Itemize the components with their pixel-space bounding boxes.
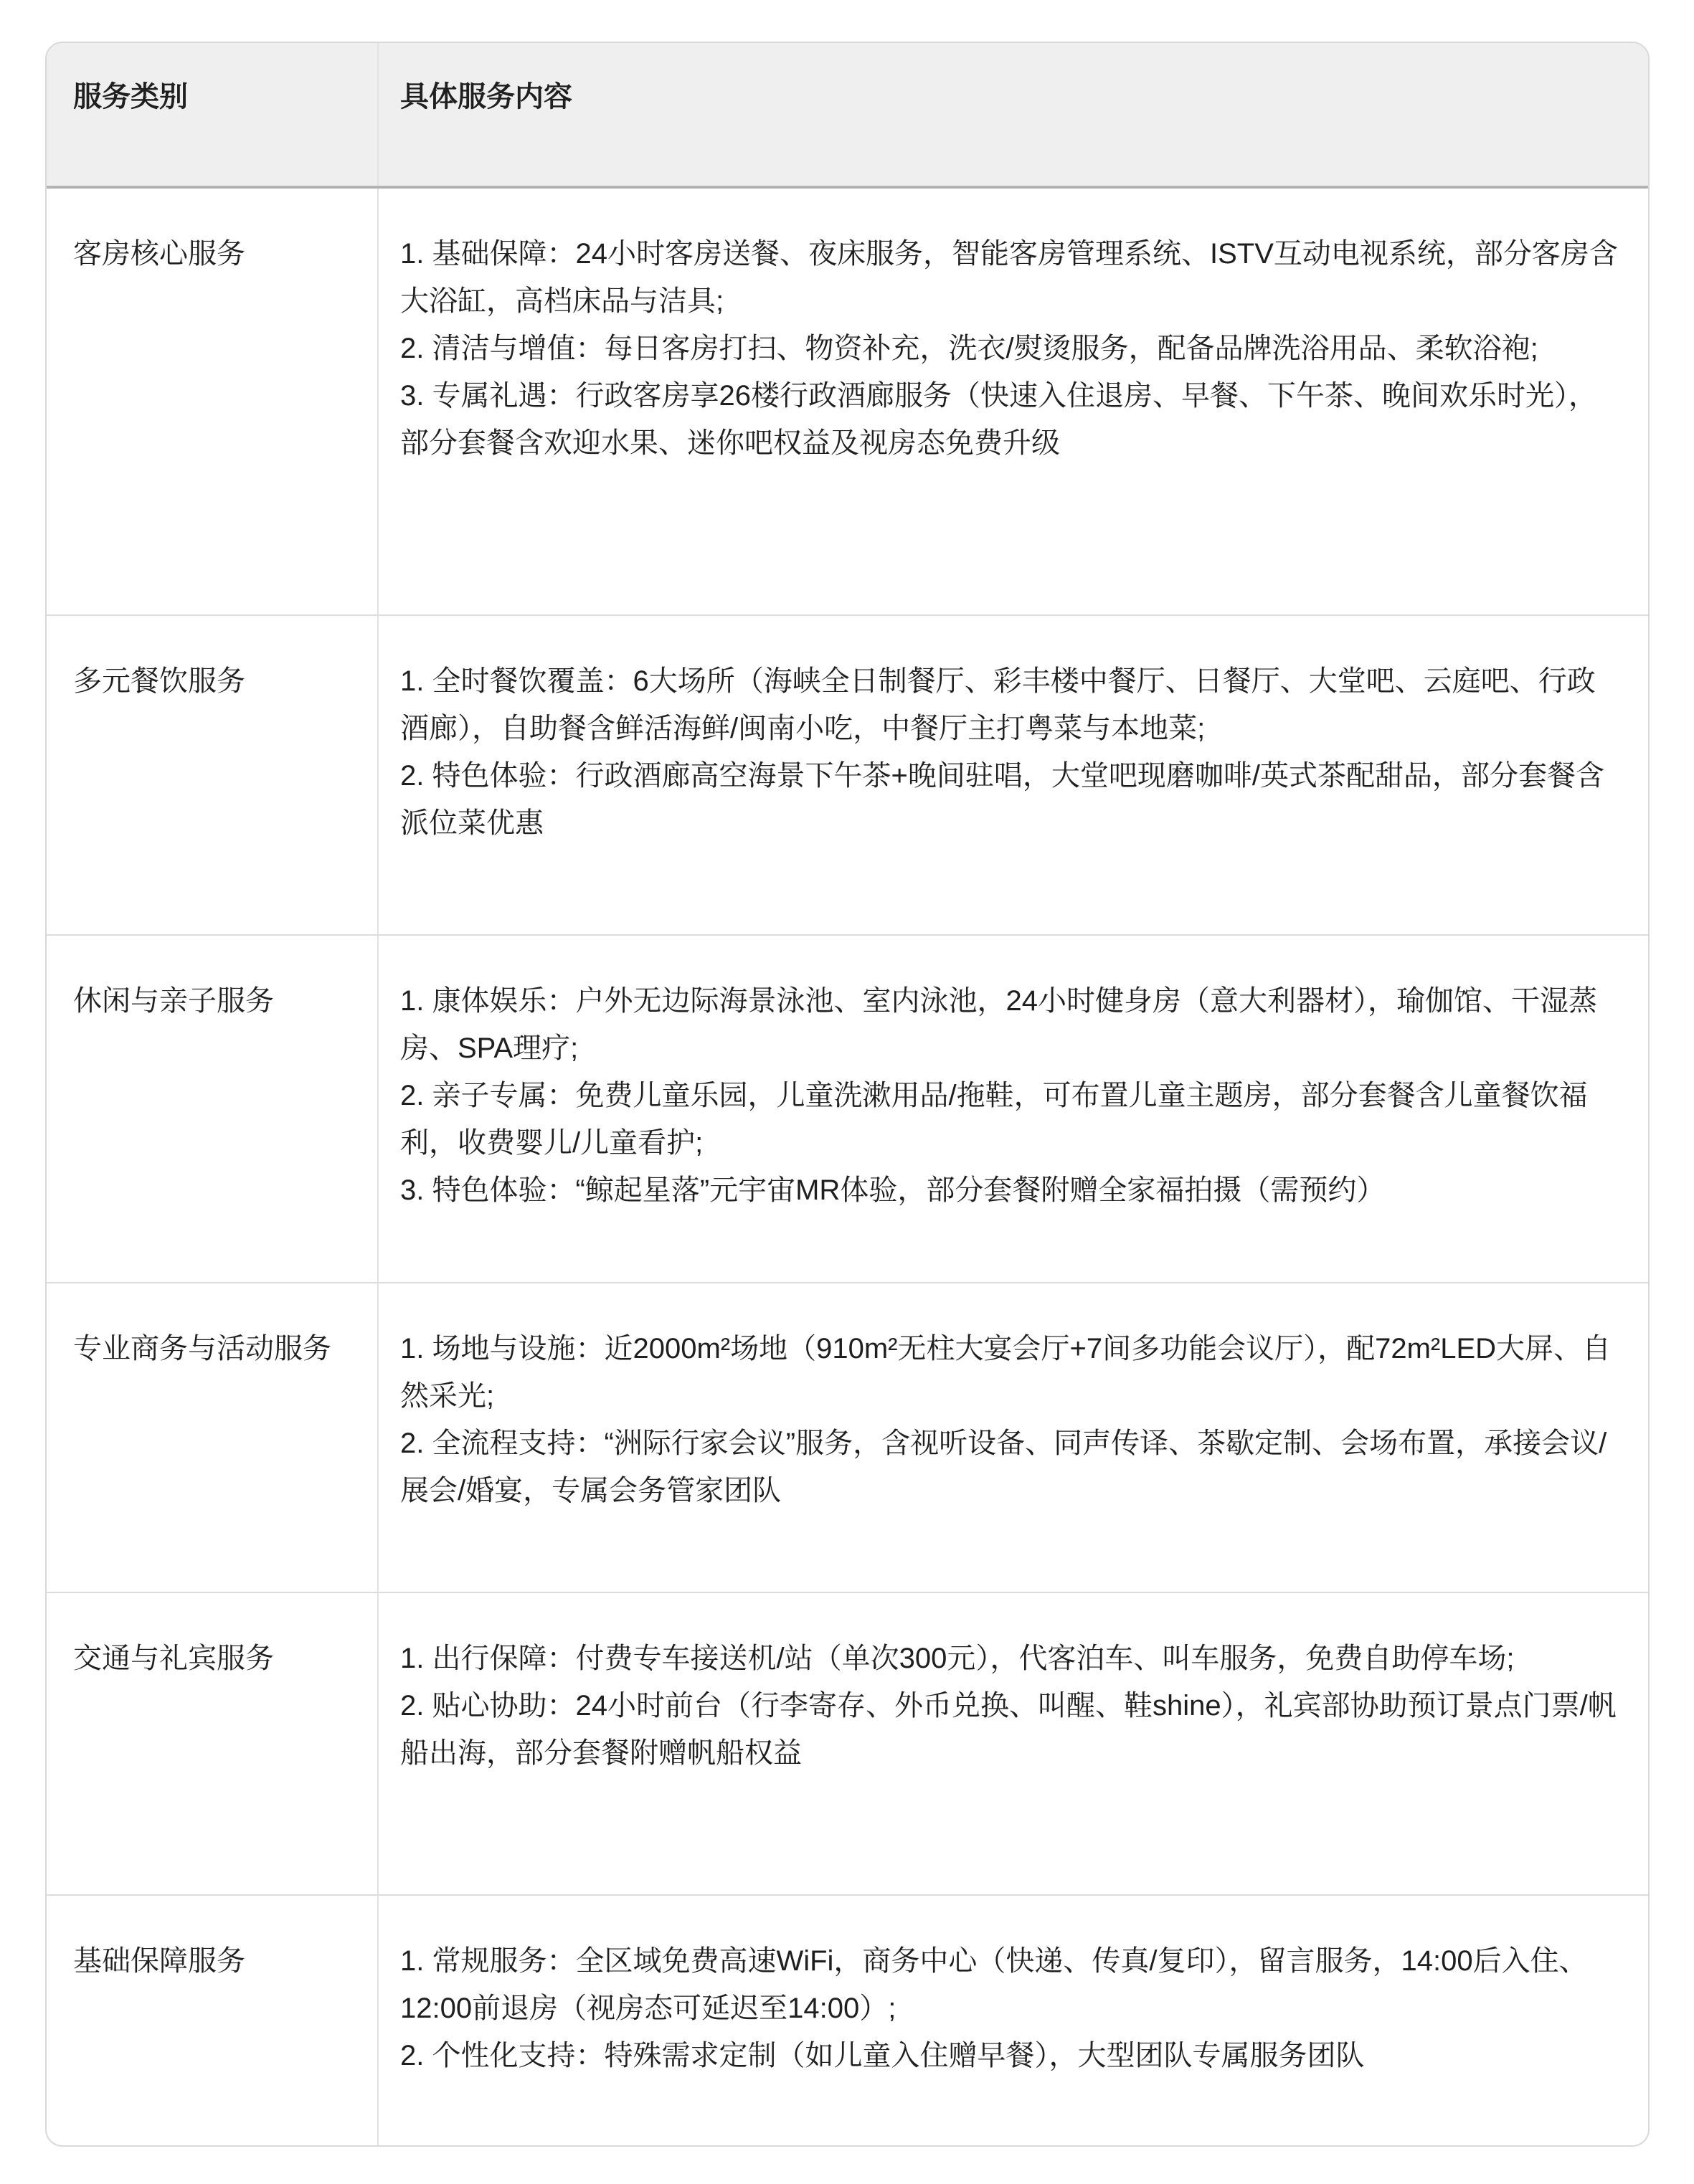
table-row: 基础保障服务 1. 常规服务：全区域免费高速WiFi，商务中心（快递、传真/复印… — [47, 1894, 1648, 2145]
content-cell: 1. 场地与设施：近2000m²场地（910m²无柱大宴会厅+7间多功能会议厅）… — [379, 1283, 1648, 1592]
table-row: 休闲与亲子服务 1. 康体娱乐：户外无边际海景泳池、室内泳池，24小时健身房（意… — [47, 934, 1648, 1282]
table-row: 客房核心服务 1. 基础保障：24小时客房送餐、夜床服务，智能客房管理系统、IS… — [47, 189, 1648, 614]
content-cell: 1. 全时餐饮覆盖：6大场所（海峡全日制餐厅、彩丰楼中餐厅、日餐厅、大堂吧、云庭… — [379, 616, 1648, 934]
services-table: 服务类别 具体服务内容 客房核心服务 1. 基础保障：24小时客房送餐、夜床服务… — [45, 42, 1650, 2147]
category-cell: 专业商务与活动服务 — [47, 1283, 379, 1592]
category-cell: 交通与礼宾服务 — [47, 1593, 379, 1894]
category-cell: 多元餐饮服务 — [47, 616, 379, 934]
content-cell: 1. 常规服务：全区域免费高速WiFi，商务中心（快递、传真/复印），留言服务，… — [379, 1896, 1648, 2145]
table-row: 交通与礼宾服务 1. 出行保障：付费专车接送机/站（单次300元），代客泊车、叫… — [47, 1592, 1648, 1894]
page: 服务类别 具体服务内容 客房核心服务 1. 基础保障：24小时客房送餐、夜床服务… — [0, 0, 1694, 2184]
category-cell: 客房核心服务 — [47, 189, 379, 614]
table-header-row: 服务类别 具体服务内容 — [47, 43, 1648, 189]
content-cell: 1. 基础保障：24小时客房送餐、夜床服务，智能客房管理系统、ISTV互动电视系… — [379, 189, 1648, 614]
content-cell: 1. 出行保障：付费专车接送机/站（单次300元），代客泊车、叫车服务，免费自助… — [379, 1593, 1648, 1894]
table-row: 多元餐饮服务 1. 全时餐饮覆盖：6大场所（海峡全日制餐厅、彩丰楼中餐厅、日餐厅… — [47, 614, 1648, 934]
column-header-category: 服务类别 — [47, 43, 379, 186]
category-cell: 基础保障服务 — [47, 1896, 379, 2145]
content-cell: 1. 康体娱乐：户外无边际海景泳池、室内泳池，24小时健身房（意大利器材），瑜伽… — [379, 936, 1648, 1282]
table-row: 专业商务与活动服务 1. 场地与设施：近2000m²场地（910m²无柱大宴会厅… — [47, 1282, 1648, 1592]
column-header-content: 具体服务内容 — [379, 43, 1648, 186]
category-cell: 休闲与亲子服务 — [47, 936, 379, 1282]
